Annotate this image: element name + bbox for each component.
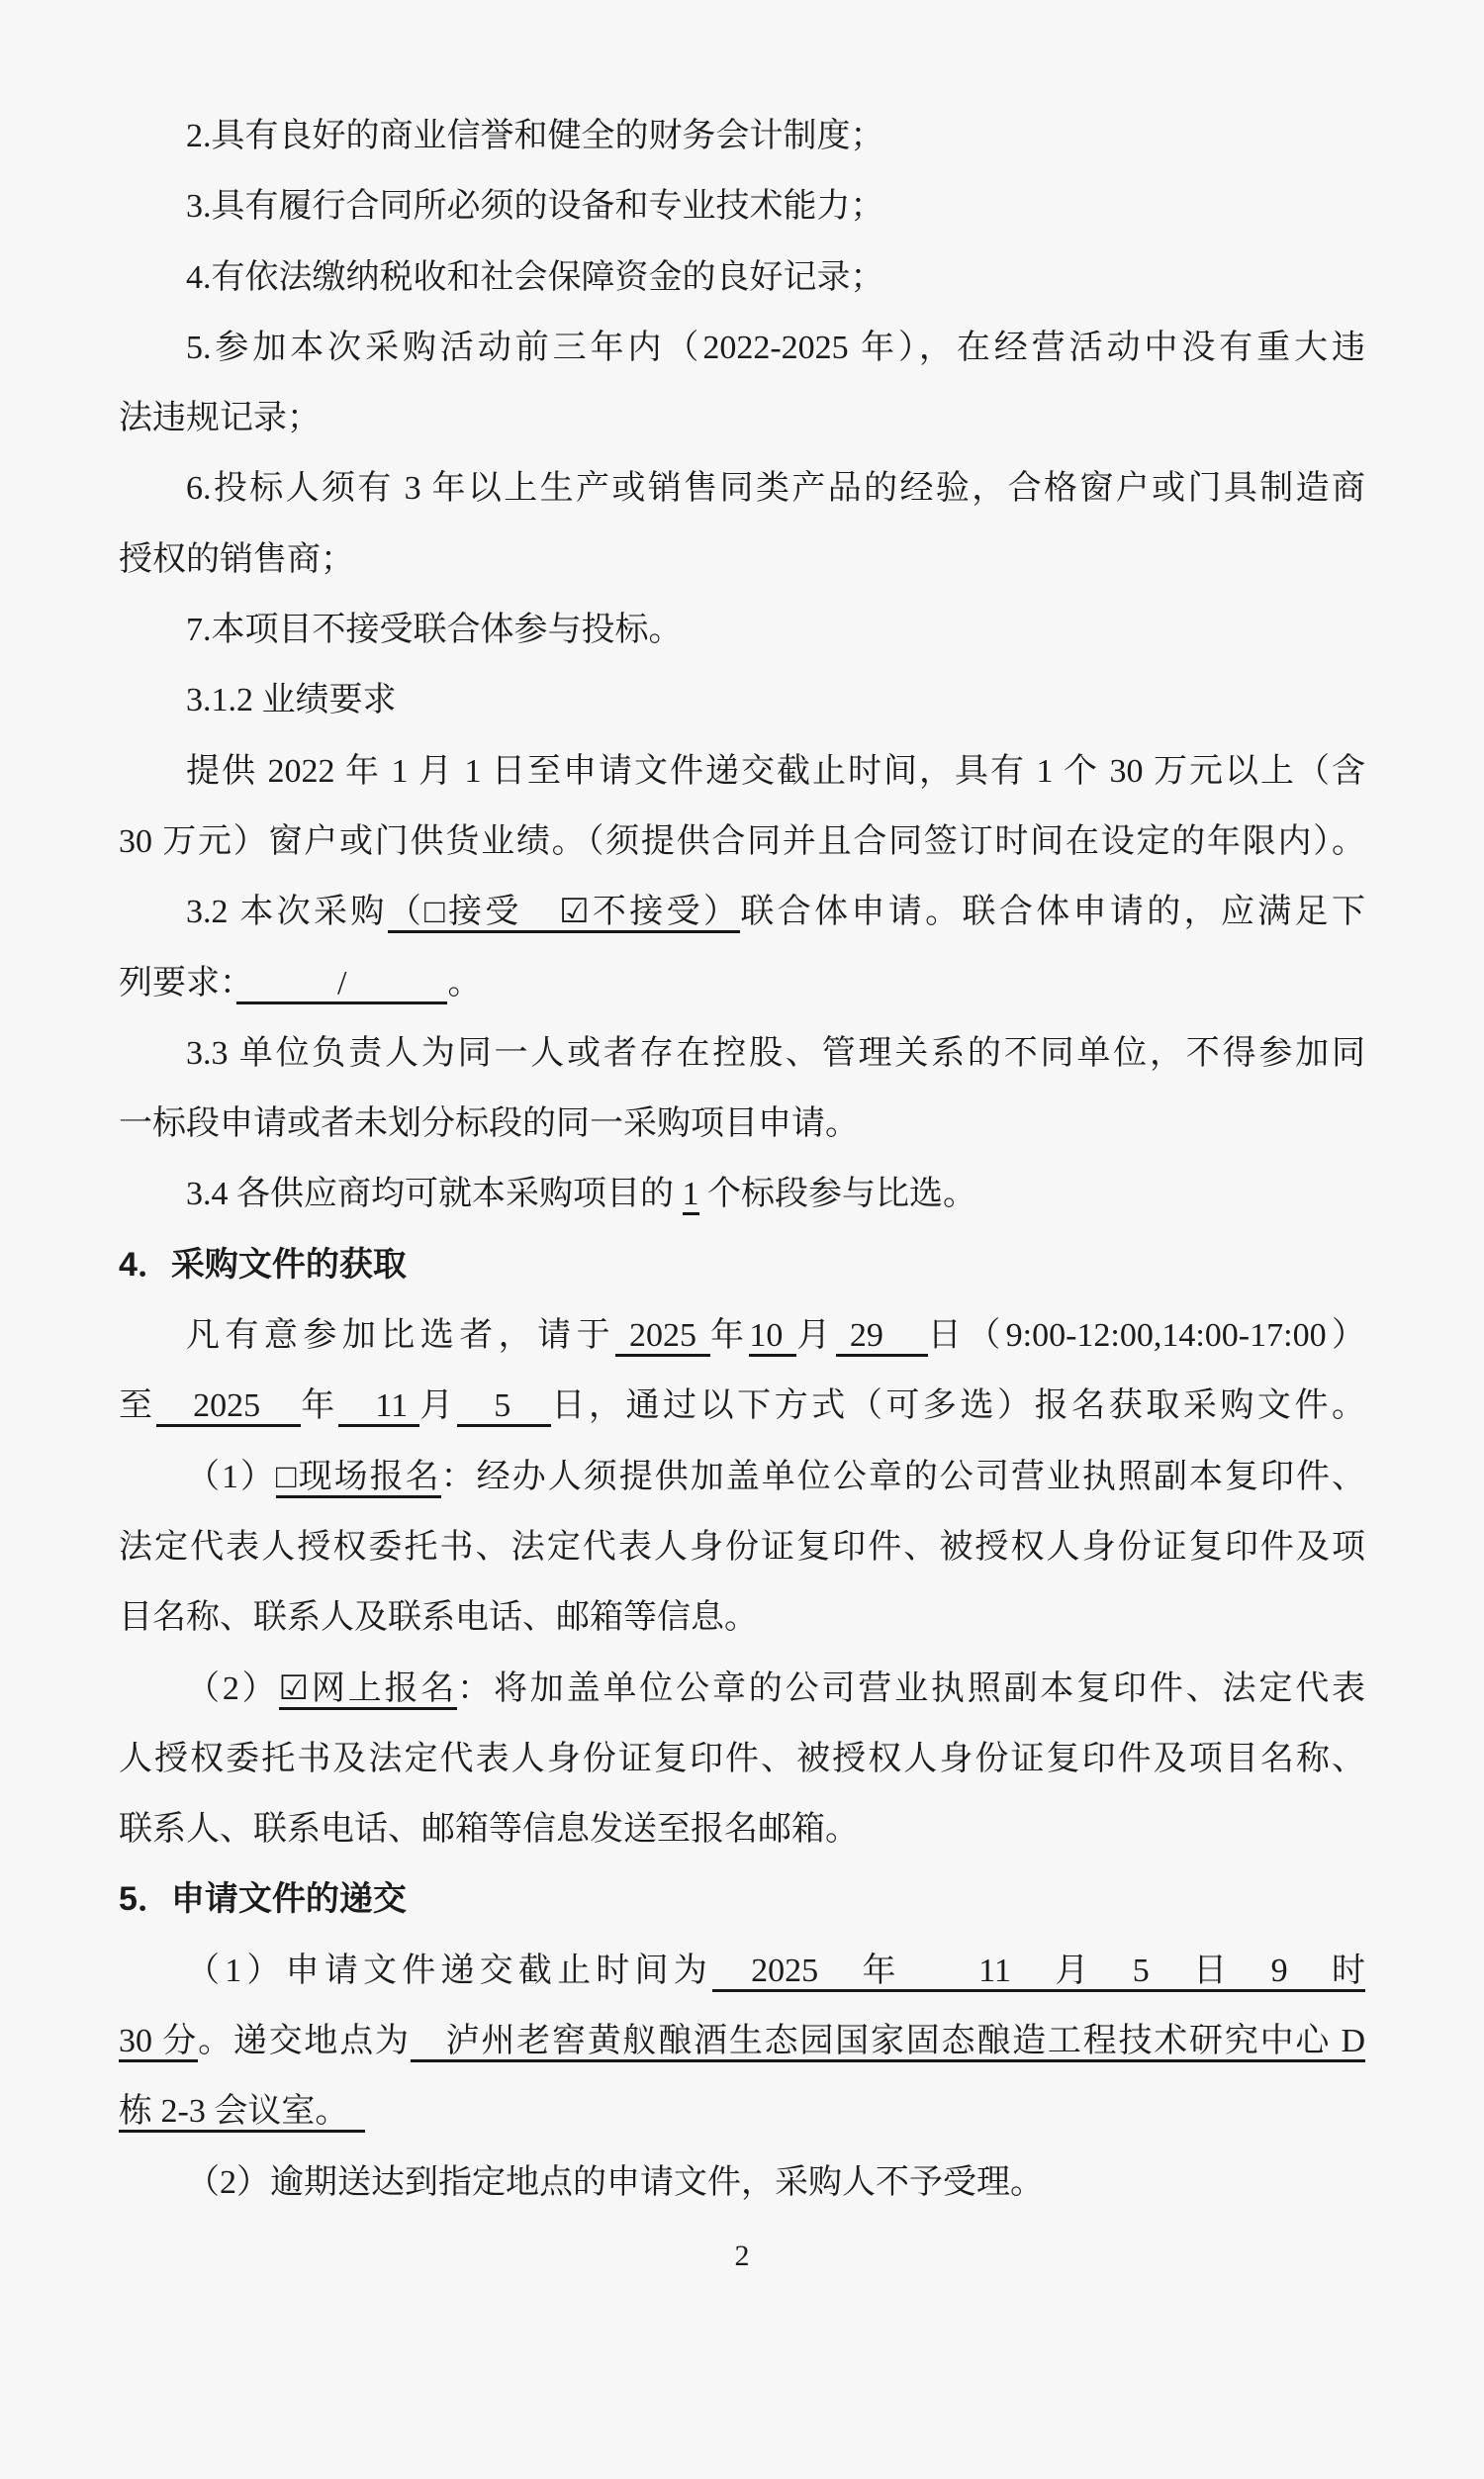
text-segment: 联合体申请。联合体申请的，应满足下 xyxy=(740,894,1365,930)
clause-3-2-line-2: 列要求： / 。 xyxy=(119,948,1365,1018)
text-segment: 3.2 本次采购 xyxy=(186,894,388,930)
option-online-line-3: 联系人、联系电话、邮箱等信息发送至报名邮箱。 xyxy=(119,1794,1365,1864)
heading-3-1-2: 3.1.2 业绩要求 xyxy=(119,665,1365,735)
checkbox-checked-icon: ☑ xyxy=(559,894,589,933)
text-segment: 现场报名 xyxy=(299,1459,441,1498)
section-5-line-2: 30 分。递交地点为 泸州老窖黄舣酿酒生态园国家固态酿造工程技术研究中心 D xyxy=(119,2006,1365,2076)
section-5-line-3: 栋 2-3 会议室。 xyxy=(119,2076,1365,2146)
text-segment: 日，通过以下方式（可多选）报名获取采购文件。 xyxy=(551,1387,1365,1424)
text-segment: 不接受 xyxy=(590,894,703,933)
text-segment: 4.有依法缴纳税收和社会保障资金的良好记录； xyxy=(186,259,884,296)
text-segment: （1） xyxy=(186,1459,276,1495)
text-segment: 3.3 单位负责人为同一人或者存在控股、管理关系的不同单位，不得参加同 xyxy=(186,1035,1365,1072)
text-segment: 5．申请文件的递交 xyxy=(119,1880,407,1918)
section-5-line-1: （1）申请文件递交截止时间为 2025 年 11 月 5 日 9 时 xyxy=(119,1936,1365,2006)
text-segment: 4．采购文件的获取 xyxy=(119,1246,407,1284)
text-segment: / xyxy=(236,965,447,1004)
clause-2: 2.具有良好的商业信誉和健全的财务会计制度； xyxy=(119,101,1365,171)
text-segment: （ xyxy=(388,894,424,933)
text-segment: （2） xyxy=(186,1670,279,1707)
clause-3: 3.具有履行合同所必须的设备和专业技术能力； xyxy=(119,171,1365,241)
page-number: 2 xyxy=(0,2235,1484,2278)
text-segment: 30 万元）窗户或门供货业绩。（须提供合同并且合同签订时间在设定的年限内）。 xyxy=(119,823,1365,860)
text-segment: 年 xyxy=(301,1387,338,1424)
text-segment: 3.1.2 业绩要求 xyxy=(186,682,397,718)
checkbox-checked-icon: ☑ xyxy=(279,1670,309,1710)
section-4-line-2: 至 2025 年 11 月 5 日，通过以下方式（可多选）报名获取采购文件。 xyxy=(119,1371,1365,1441)
text-segment: 列要求： xyxy=(119,965,236,1001)
text-segment: （1）申请文件递交截止时间为 xyxy=(186,1953,712,1989)
clause-3-1-2-line-1: 提供 2022 年 1 月 1 日至申请文件递交截止时间，具有 1 个 30 万… xyxy=(119,736,1365,807)
checkbox-empty-icon: □ xyxy=(424,894,448,933)
clause-3-3-line-2: 一标段申请或者未划分标段的同一采购项目申请。 xyxy=(119,1089,1365,1159)
text-segment: 2.具有良好的商业信誉和健全的财务会计制度； xyxy=(186,118,884,154)
clause-5-line-1: 5.参加本次采购活动前三年内（2022-2025 年），在经营活动中没有重大违 xyxy=(119,313,1365,383)
clause-3-1-2-line-2: 30 万元）窗户或门供货业绩。（须提供合同并且合同签订时间在设定的年限内）。 xyxy=(119,807,1365,877)
text-segment: 授权的销售商； xyxy=(119,541,354,578)
text-segment: 至 xyxy=(119,1387,156,1424)
text-segment: （2）逾期送达到指定地点的申请文件，采购人不予受理。 xyxy=(186,2164,1044,2201)
clause-3-3-line-1: 3.3 单位负责人为同一人或者存在控股、管理关系的不同单位，不得参加同 xyxy=(119,1018,1365,1089)
option-online-line-1: （2）☑网上报名：将加盖单位公章的公司营业执照副本复印件、法定代表 xyxy=(119,1654,1365,1724)
text-segment: 日（9:00-12:00,14:00-17:00） xyxy=(928,1317,1365,1354)
text-segment: 网上报名 xyxy=(309,1670,457,1710)
text-segment: 目名称、联系人及联系电话、邮箱等信息。 xyxy=(119,1599,758,1636)
text-segment: 栋 2-3 会议室。 xyxy=(119,2093,365,2133)
text-segment: 5.参加本次采购活动前三年内（2022-2025 年），在经营活动中没有重大违 xyxy=(186,330,1365,366)
text-segment: 联系人、联系电话、邮箱等信息发送至报名邮箱。 xyxy=(119,1811,859,1848)
clause-3-4: 3.4 各供应商均可就本采购项目的 1 个标段参与比选。 xyxy=(119,1159,1365,1229)
section-4-line-1: 凡有意参加比选者，请于 2025 年10 月 29 日（9:00-12:00,1… xyxy=(119,1300,1365,1371)
text-segment: 。递交地点为 xyxy=(198,2023,411,2059)
text-segment: 年 xyxy=(710,1317,749,1354)
text-segment: 人授权委托书及法定代表人身份证复印件、被授权人身份证复印件及项目名称、 xyxy=(119,1741,1365,1777)
text-segment: ：将加盖单位公章的公司营业执照副本复印件、法定代表 xyxy=(457,1670,1365,1707)
text-segment: 3.具有履行合同所必须的设备和专业技术能力； xyxy=(186,188,884,225)
text-segment: 2025 xyxy=(156,1387,302,1427)
option-online-line-2: 人授权委托书及法定代表人身份证复印件、被授权人身份证复印件及项目名称、 xyxy=(119,1724,1365,1794)
text-segment: ） xyxy=(703,894,740,933)
section-5-line-4: （2）逾期送达到指定地点的申请文件，采购人不予受理。 xyxy=(119,2147,1365,2218)
text-segment: 泸州老窖黄舣酿酒生态园国家固态酿造工程技术研究中心 D xyxy=(411,2023,1365,2062)
text-segment: 1 xyxy=(683,1176,699,1215)
clause-6-line-2: 授权的销售商； xyxy=(119,524,1365,595)
text-segment: 2025 年 11 月 5 日 9 时 xyxy=(712,1953,1365,1992)
text-segment: 10 xyxy=(749,1317,796,1357)
checkbox-empty-icon: □ xyxy=(276,1459,299,1498)
section-heading-4: 4．采购文件的获取 xyxy=(119,1230,1365,1300)
text-segment: ：经办人须提供加盖单位公章的公司营业执照副本复印件、 xyxy=(441,1459,1365,1495)
text-segment: 11 xyxy=(338,1387,419,1427)
text-segment: 提供 2022 年 1 月 1 日至申请文件递交截止时间，具有 1 个 30 万… xyxy=(186,753,1365,790)
text-segment: 月 xyxy=(419,1387,457,1424)
clause-3-2-line-1: 3.2 本次采购（□接受 ☑不接受）联合体申请。联合体申请的，应满足下 xyxy=(119,877,1365,947)
section-heading-5: 5．申请文件的递交 xyxy=(119,1864,1365,1935)
clause-4: 4.有依法缴纳税收和社会保障资金的良好记录； xyxy=(119,242,1365,313)
clause-6-line-1: 6.投标人须有 3 年以上生产或销售同类产品的经验，合格窗户或门具制造商 xyxy=(119,453,1365,524)
text-segment: 凡有意参加比选者，请于 xyxy=(186,1317,615,1354)
option-onsite-line-3: 目名称、联系人及联系电话、邮箱等信息。 xyxy=(119,1582,1365,1653)
text-segment: 2025 xyxy=(615,1317,710,1357)
text-segment: 个标段参与比选。 xyxy=(699,1176,977,1212)
text-segment: 6.投标人须有 3 年以上生产或销售同类产品的经验，合格窗户或门具制造商 xyxy=(186,470,1365,507)
text-segment: 5 xyxy=(457,1387,552,1427)
text-segment: 3.4 各供应商均可就本采购项目的 xyxy=(186,1176,683,1212)
clause-7: 7.本项目不接受联合体参与投标。 xyxy=(119,595,1365,665)
text-segment: 7.本项目不接受联合体参与投标。 xyxy=(186,612,683,648)
text-segment: 法违规记录； xyxy=(119,400,321,436)
document-body: 2.具有良好的商业信誉和健全的财务会计制度；3.具有履行合同所必须的设备和专业技… xyxy=(119,101,1365,2218)
text-segment: 30 分 xyxy=(119,2023,198,2062)
clause-5-line-2: 法违规记录； xyxy=(119,383,1365,453)
text-segment: 法定代表人授权委托书、法定代表人身份证复印件、被授权人身份证复印件及项 xyxy=(119,1529,1365,1566)
text-segment: 月 xyxy=(796,1317,835,1354)
text-segment: 29 xyxy=(836,1317,928,1357)
option-onsite-line-2: 法定代表人授权委托书、法定代表人身份证复印件、被授权人身份证复印件及项 xyxy=(119,1512,1365,1582)
option-onsite-line-1: （1）□现场报名：经办人须提供加盖单位公章的公司营业执照副本复印件、 xyxy=(119,1442,1365,1512)
text-segment: 一标段申请或者未划分标段的同一采购项目申请。 xyxy=(119,1105,859,1142)
text-segment: 。 xyxy=(447,965,481,1001)
text-segment: 接受 xyxy=(448,894,559,933)
